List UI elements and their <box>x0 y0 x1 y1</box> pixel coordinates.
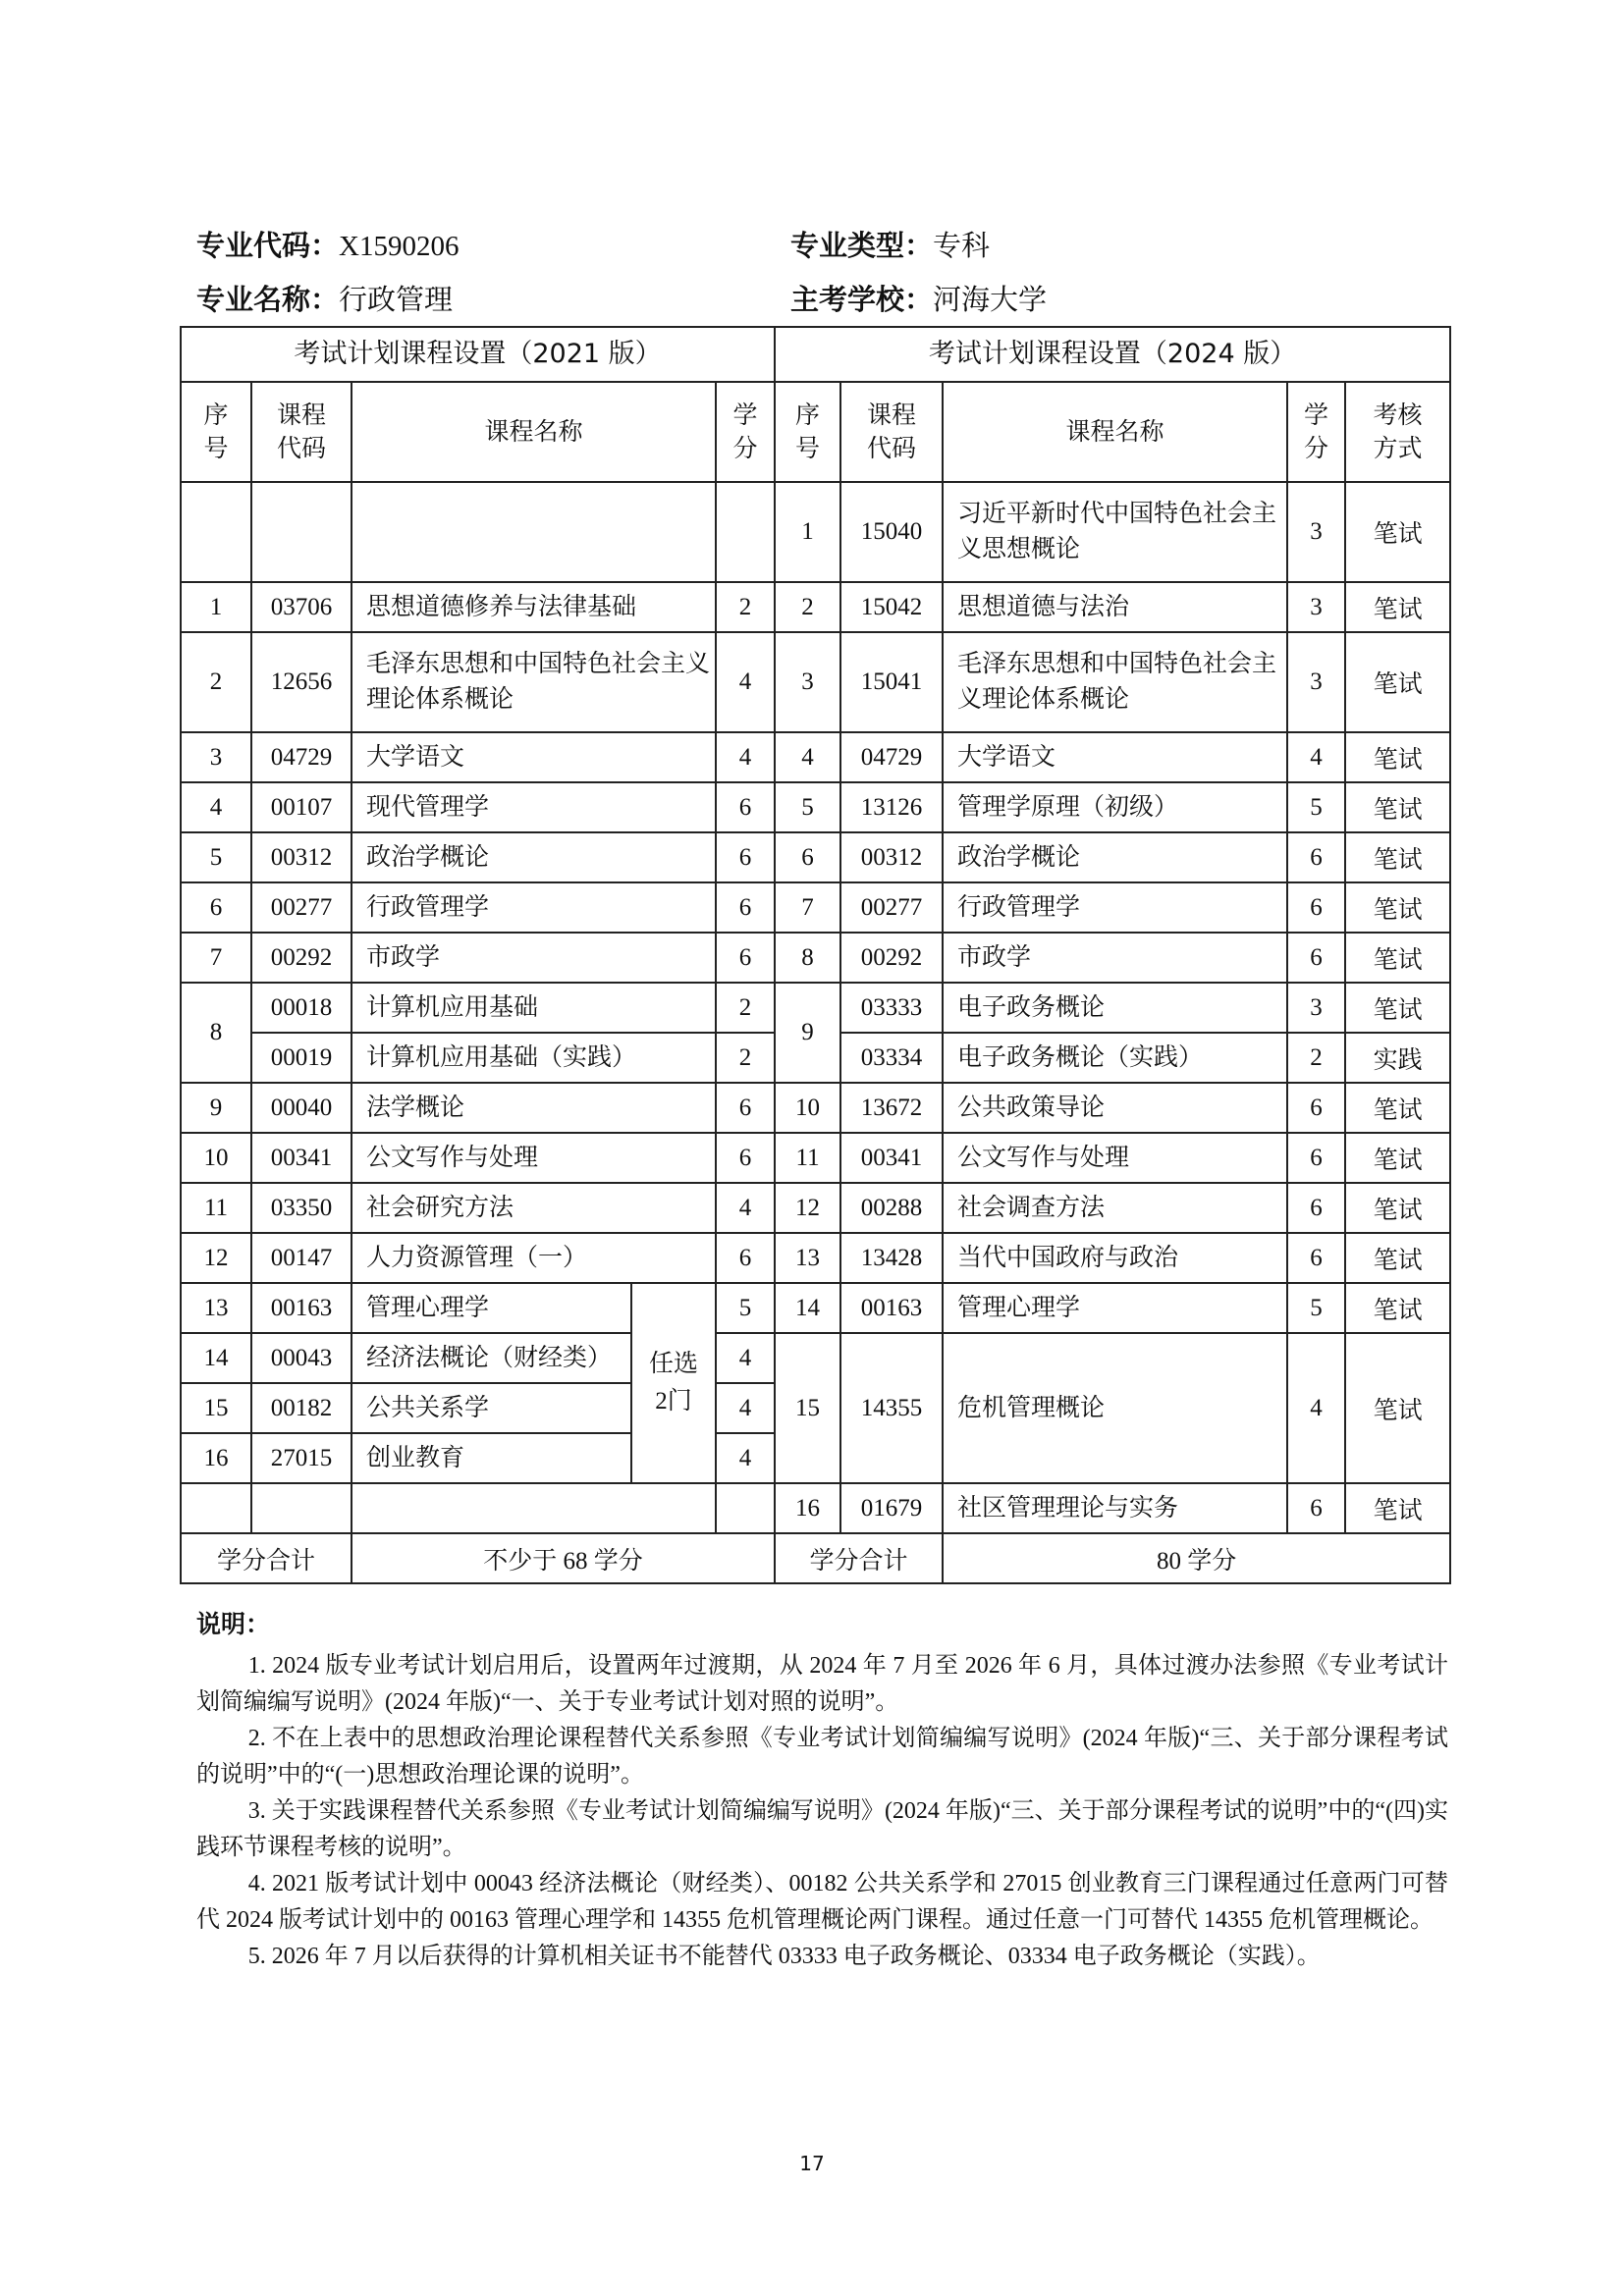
new-credit: 3 <box>1287 632 1345 732</box>
new-name: 行政管理学 <box>943 882 1287 933</box>
table-row: 10 00341 公文写作与处理 6 11 00341 公文写作与处理 6 笔试 <box>181 1133 1450 1183</box>
old-no: 6 <box>181 882 251 933</box>
old-code: 00040 <box>251 1083 352 1133</box>
old-name: 计算机应用基础 <box>352 983 716 1033</box>
new-exam: 笔试 <box>1345 1233 1450 1283</box>
old-no: 10 <box>181 1133 251 1183</box>
new-credit: 6 <box>1287 1183 1345 1233</box>
new-code: 14355 <box>840 1333 943 1483</box>
old-credit: 4 <box>716 632 775 732</box>
total-value-2021: 不少于 68 学分 <box>352 1533 775 1583</box>
total-value-2024: 80 学分 <box>943 1533 1450 1583</box>
note-item: 2. 不在上表中的思想政治理论课程替代关系参照《专业考试计划简编编写说明》(20… <box>196 1721 1448 1793</box>
old-code: 00341 <box>251 1133 352 1183</box>
old-code: 03706 <box>251 582 352 632</box>
old-credit: 2 <box>716 582 775 632</box>
major-code-line: 专业代码：X1590206 <box>196 226 459 266</box>
new-code: 15040 <box>840 482 943 582</box>
table-row: 5 00312 政治学概论 6 6 00312 政治学概论 6 笔试 <box>181 832 1450 882</box>
new-exam: 笔试 <box>1345 882 1450 933</box>
table-row: 14 00043 经济法概论（财经类） 4 15 14355 危机管理概论 4 … <box>181 1333 1450 1383</box>
table-row: 4 00107 现代管理学 6 5 13126 管理学原理（初级） 5 笔试 <box>181 782 1450 832</box>
old-name: 公文写作与处理 <box>352 1133 716 1183</box>
old-no <box>181 482 251 582</box>
school-value: 河海大学 <box>933 285 1047 316</box>
new-no: 16 <box>775 1483 840 1533</box>
new-exam: 笔试 <box>1345 983 1450 1033</box>
old-credit: 6 <box>716 782 775 832</box>
old-code: 00292 <box>251 933 352 983</box>
notes-section: 说明： 1. 2024 版专业考试计划启用后，设置两年过渡期，从 2024 年 … <box>196 1606 1448 1975</box>
col-header-code-2024: 课程代码 <box>840 382 943 482</box>
course-plan-table: 考试计划课程设置（2021 版） 考试计划课程设置（2024 版） 序号 课程代… <box>180 326 1451 1584</box>
note-item: 1. 2024 版专业考试计划启用后，设置两年过渡期，从 2024 年 7 月至… <box>196 1648 1448 1721</box>
old-no: 12 <box>181 1233 251 1283</box>
school-label: 主考学校： <box>790 283 933 316</box>
new-exam: 笔试 <box>1345 582 1450 632</box>
col-header-no-2021: 序号 <box>181 382 251 482</box>
new-code: 01679 <box>840 1483 943 1533</box>
old-code: 00018 <box>251 983 352 1033</box>
new-code: 13126 <box>840 782 943 832</box>
new-no: 9 <box>775 983 840 1083</box>
new-exam: 笔试 <box>1345 1283 1450 1333</box>
new-credit: 6 <box>1287 832 1345 882</box>
new-no: 5 <box>775 782 840 832</box>
new-credit: 3 <box>1287 983 1345 1033</box>
new-code: 00292 <box>840 933 943 983</box>
new-code: 00163 <box>840 1283 943 1333</box>
old-code: 00107 <box>251 782 352 832</box>
new-code: 13672 <box>840 1083 943 1133</box>
new-credit: 6 <box>1287 882 1345 933</box>
new-code: 04729 <box>840 732 943 782</box>
old-code: 27015 <box>251 1433 352 1483</box>
new-no: 6 <box>775 832 840 882</box>
new-no: 15 <box>775 1333 840 1483</box>
old-credit <box>716 482 775 582</box>
old-credit: 6 <box>716 1233 775 1283</box>
col-header-code-2021: 课程代码 <box>251 382 352 482</box>
new-no: 11 <box>775 1133 840 1183</box>
group-header-2024: 考试计划课程设置（2024 版） <box>775 327 1450 382</box>
old-code: 12656 <box>251 632 352 732</box>
new-no: 13 <box>775 1233 840 1283</box>
old-code: 00182 <box>251 1383 352 1433</box>
old-credit: 4 <box>716 732 775 782</box>
new-exam: 实践 <box>1345 1033 1450 1083</box>
old-code: 04729 <box>251 732 352 782</box>
old-credit: 6 <box>716 1133 775 1183</box>
col-header-exam-2024: 考核方式 <box>1345 382 1450 482</box>
new-name: 习近平新时代中国特色社会主义思想概论 <box>943 482 1287 582</box>
old-name: 公共关系学 <box>352 1383 631 1433</box>
old-no: 2 <box>181 632 251 732</box>
major-code-value: X1590206 <box>339 231 459 262</box>
major-type-label: 专业类型： <box>790 229 933 262</box>
new-name: 公共政策导论 <box>943 1083 1287 1133</box>
new-name: 毛泽东思想和中国特色社会主义理论体系概论 <box>943 632 1287 732</box>
new-exam: 笔试 <box>1345 832 1450 882</box>
new-code: 00341 <box>840 1133 943 1183</box>
old-name: 行政管理学 <box>352 882 716 933</box>
new-credit: 2 <box>1287 1033 1345 1083</box>
old-name: 法学概论 <box>352 1083 716 1133</box>
new-exam: 笔试 <box>1345 1333 1450 1483</box>
new-name: 大学语文 <box>943 732 1287 782</box>
old-name: 创业教育 <box>352 1433 631 1483</box>
new-no: 3 <box>775 632 840 732</box>
old-no <box>181 1483 251 1533</box>
note-item: 4. 2021 版考试计划中 00043 经济法概论（财经类）、00182 公共… <box>196 1866 1448 1939</box>
major-code-label: 专业代码： <box>196 229 339 262</box>
table-row: 2 12656 毛泽东思想和中国特色社会主义理论体系概论 4 3 15041 毛… <box>181 632 1450 732</box>
old-no: 9 <box>181 1083 251 1133</box>
old-no: 1 <box>181 582 251 632</box>
old-name: 市政学 <box>352 933 716 983</box>
new-no: 2 <box>775 582 840 632</box>
old-name: 人力资源管理（一） <box>352 1233 716 1283</box>
new-name: 社会调查方法 <box>943 1183 1287 1233</box>
old-credit: 5 <box>716 1283 775 1333</box>
new-credit: 6 <box>1287 933 1345 983</box>
elective-note: 任选2门 <box>631 1283 716 1483</box>
old-credit <box>716 1483 775 1533</box>
old-name: 社会研究方法 <box>352 1183 716 1233</box>
table-row: 11 03350 社会研究方法 4 12 00288 社会调查方法 6 笔试 <box>181 1183 1450 1233</box>
table-row: 1 15040 习近平新时代中国特色社会主义思想概论 3 笔试 <box>181 482 1450 582</box>
old-no: 11 <box>181 1183 251 1233</box>
school-line: 主考学校：河海大学 <box>790 280 1047 320</box>
new-credit: 6 <box>1287 1483 1345 1533</box>
new-name: 政治学概论 <box>943 832 1287 882</box>
old-name: 管理心理学 <box>352 1283 631 1333</box>
new-exam: 笔试 <box>1345 1133 1450 1183</box>
old-code <box>251 482 352 582</box>
major-name-line: 专业名称：行政管理 <box>196 280 453 320</box>
new-no: 10 <box>775 1083 840 1133</box>
column-header-row: 序号 课程代码 课程名称 学分 序号 课程代码 课程名称 学分 考核方式 <box>181 382 1450 482</box>
new-name: 电子政务概论 <box>943 983 1287 1033</box>
new-no: 4 <box>775 732 840 782</box>
new-exam: 笔试 <box>1345 732 1450 782</box>
new-no: 1 <box>775 482 840 582</box>
new-credit: 3 <box>1287 582 1345 632</box>
new-name: 管理学原理（初级） <box>943 782 1287 832</box>
new-no: 12 <box>775 1183 840 1233</box>
new-credit: 5 <box>1287 782 1345 832</box>
old-code: 00163 <box>251 1283 352 1333</box>
page-number: 17 <box>0 2152 1624 2175</box>
new-code: 15042 <box>840 582 943 632</box>
table-row: 16 01679 社区管理理论与实务 6 笔试 <box>181 1483 1450 1533</box>
old-no: 8 <box>181 983 251 1083</box>
new-exam: 笔试 <box>1345 782 1450 832</box>
table-row: 1 03706 思想道德修养与法律基础 2 2 15042 思想道德与法治 3 … <box>181 582 1450 632</box>
old-credit: 6 <box>716 933 775 983</box>
new-code: 15041 <box>840 632 943 732</box>
new-exam: 笔试 <box>1345 1083 1450 1133</box>
old-code <box>251 1483 352 1533</box>
major-name-value: 行政管理 <box>339 285 453 316</box>
old-name: 政治学概论 <box>352 832 716 882</box>
total-label-2024: 学分合计 <box>775 1533 943 1583</box>
new-no: 14 <box>775 1283 840 1333</box>
old-code: 00312 <box>251 832 352 882</box>
old-credit: 6 <box>716 832 775 882</box>
old-credit: 4 <box>716 1383 775 1433</box>
old-name: 毛泽东思想和中国特色社会主义理论体系概论 <box>352 632 716 732</box>
new-code: 03334 <box>840 1033 943 1083</box>
new-code: 03333 <box>840 983 943 1033</box>
old-no: 14 <box>181 1333 251 1383</box>
major-name-label: 专业名称： <box>196 283 339 316</box>
old-name: 经济法概论（财经类） <box>352 1333 631 1383</box>
new-exam: 笔试 <box>1345 632 1450 732</box>
old-credit: 4 <box>716 1433 775 1483</box>
note-item: 5. 2026 年 7 月以后获得的计算机相关证书不能替代 03333 电子政务… <box>196 1939 1448 1975</box>
table-row: 7 00292 市政学 6 8 00292 市政学 6 笔试 <box>181 933 1450 983</box>
old-credit: 2 <box>716 1033 775 1083</box>
old-credit: 2 <box>716 983 775 1033</box>
old-name <box>352 1483 716 1533</box>
notes-title: 说明： <box>196 1606 1448 1642</box>
old-name: 计算机应用基础（实践） <box>352 1033 716 1083</box>
note-item: 3. 关于实践课程替代关系参照《专业考试计划简编编写说明》(2024 年版)“三… <box>196 1793 1448 1866</box>
old-no: 5 <box>181 832 251 882</box>
old-no: 13 <box>181 1283 251 1333</box>
new-name: 管理心理学 <box>943 1283 1287 1333</box>
old-code: 00277 <box>251 882 352 933</box>
col-header-credit-2021: 学分 <box>716 382 775 482</box>
total-row: 学分合计 不少于 68 学分 学分合计 80 学分 <box>181 1533 1450 1583</box>
old-name: 现代管理学 <box>352 782 716 832</box>
new-credit: 6 <box>1287 1083 1345 1133</box>
new-no: 7 <box>775 882 840 933</box>
new-exam: 笔试 <box>1345 1483 1450 1533</box>
group-header-2021: 考试计划课程设置（2021 版） <box>181 327 775 382</box>
old-name: 思想道德修养与法律基础 <box>352 582 716 632</box>
new-code: 00288 <box>840 1183 943 1233</box>
table-row: 6 00277 行政管理学 6 7 00277 行政管理学 6 笔试 <box>181 882 1450 933</box>
new-name: 社区管理理论与实务 <box>943 1483 1287 1533</box>
new-exam: 笔试 <box>1345 1183 1450 1233</box>
table-row: 8 00018 计算机应用基础 2 9 03333 电子政务概论 3 笔试 <box>181 983 1450 1033</box>
table-row: 12 00147 人力资源管理（一） 6 13 13428 当代中国政府与政治 … <box>181 1233 1450 1283</box>
new-name: 电子政务概论（实践） <box>943 1033 1287 1083</box>
col-header-no-2024: 序号 <box>775 382 840 482</box>
major-type-line: 专业类型：专科 <box>790 226 990 266</box>
total-label-2021: 学分合计 <box>181 1533 352 1583</box>
new-no: 8 <box>775 933 840 983</box>
col-header-credit-2024: 学分 <box>1287 382 1345 482</box>
col-header-name-2021: 课程名称 <box>352 382 716 482</box>
new-name: 思想道德与法治 <box>943 582 1287 632</box>
new-name: 公文写作与处理 <box>943 1133 1287 1183</box>
new-credit: 6 <box>1287 1133 1345 1183</box>
old-code: 03350 <box>251 1183 352 1233</box>
new-code: 00312 <box>840 832 943 882</box>
new-credit: 4 <box>1287 732 1345 782</box>
table-row: 13 00163 管理心理学 任选2门 5 14 00163 管理心理学 5 笔… <box>181 1283 1450 1333</box>
new-credit: 3 <box>1287 482 1345 582</box>
old-credit: 6 <box>716 1083 775 1133</box>
old-credit: 4 <box>716 1183 775 1233</box>
new-code: 13428 <box>840 1233 943 1283</box>
old-no: 15 <box>181 1383 251 1433</box>
new-credit: 6 <box>1287 1233 1345 1283</box>
old-name: 大学语文 <box>352 732 716 782</box>
new-exam: 笔试 <box>1345 933 1450 983</box>
new-name: 当代中国政府与政治 <box>943 1233 1287 1283</box>
old-credit: 4 <box>716 1333 775 1383</box>
old-no: 4 <box>181 782 251 832</box>
old-credit: 6 <box>716 882 775 933</box>
old-no: 3 <box>181 732 251 782</box>
old-no: 7 <box>181 933 251 983</box>
table-row: 3 04729 大学语文 4 4 04729 大学语文 4 笔试 <box>181 732 1450 782</box>
new-code: 00277 <box>840 882 943 933</box>
old-code: 00019 <box>251 1033 352 1083</box>
new-credit: 5 <box>1287 1283 1345 1333</box>
col-header-name-2024: 课程名称 <box>943 382 1287 482</box>
old-code: 00043 <box>251 1333 352 1383</box>
old-no: 16 <box>181 1433 251 1483</box>
old-code: 00147 <box>251 1233 352 1283</box>
old-name <box>352 482 716 582</box>
new-exam: 笔试 <box>1345 482 1450 582</box>
new-credit: 4 <box>1287 1333 1345 1483</box>
new-name: 市政学 <box>943 933 1287 983</box>
table-row: 9 00040 法学概论 6 10 13672 公共政策导论 6 笔试 <box>181 1083 1450 1133</box>
new-name: 危机管理概论 <box>943 1333 1287 1483</box>
major-type-value: 专科 <box>933 231 990 262</box>
